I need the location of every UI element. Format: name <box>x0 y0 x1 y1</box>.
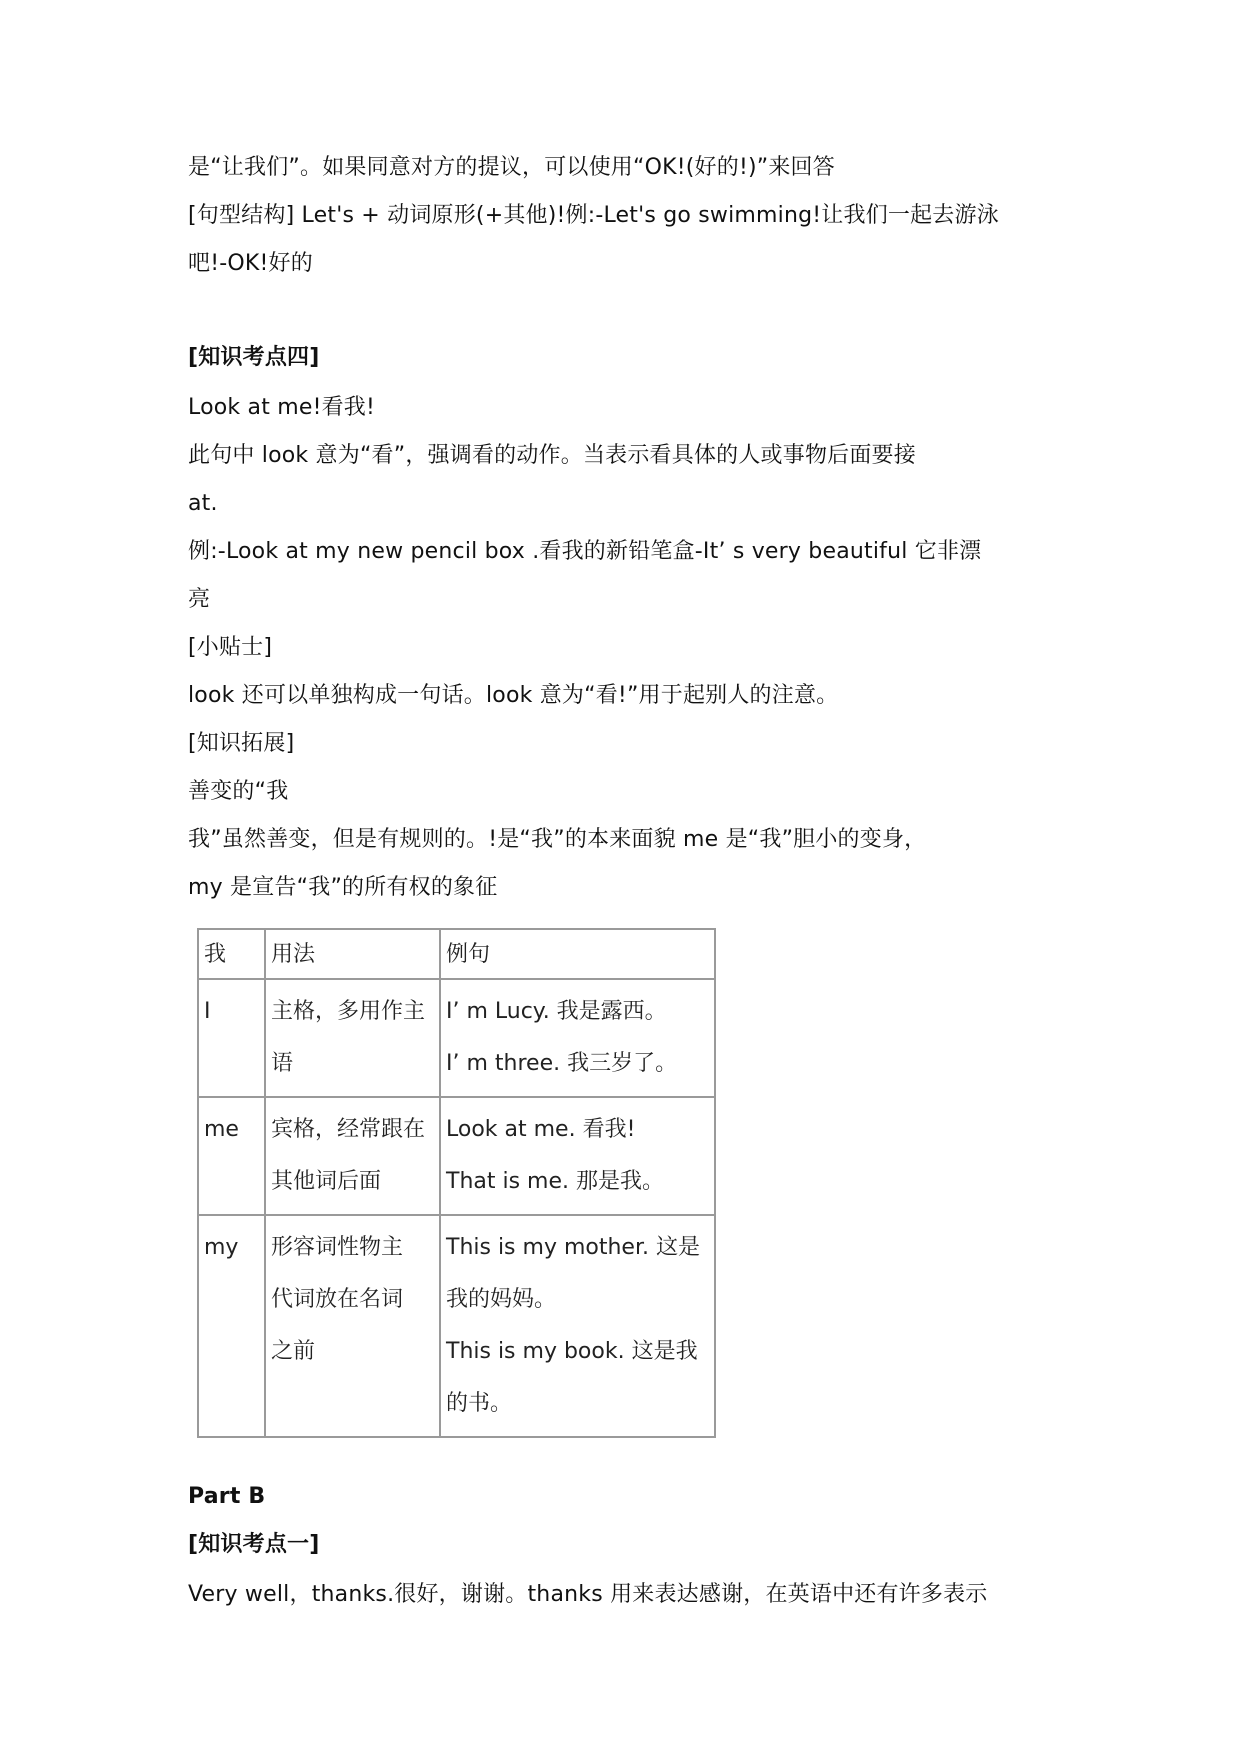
pronoun-cell: I <box>198 979 265 1097</box>
explanation-line-2: at. <box>188 489 218 519</box>
part-b-body: Very well，thanks.很好，谢谢。thanks 用来表达感谢，在英语… <box>188 1580 987 1610</box>
text-line-1: 是“让我们”。如果同意对方的提议，可以使用“OK!(好的!)”来回答 <box>188 153 835 183</box>
example-cell: I’ m Lucy. 我是露西。 I’ m three. 我三岁了。 <box>440 979 715 1097</box>
usage-line: 宾格，经常跟在 <box>271 1104 435 1156</box>
usage-cell: 主格，多用作主 语 <box>265 979 440 1097</box>
example-line: I’ m Lucy. 我是露西。 <box>446 986 710 1038</box>
header-cell-example: 例句 <box>440 929 715 979</box>
pronoun-cell: me <box>198 1097 265 1215</box>
example-line: That is me. 那是我。 <box>446 1156 710 1208</box>
example-line: This is my book. 这是我 <box>446 1326 710 1378</box>
explanation-line-1: 此句中 look 意为“看”，强调看的动作。当表示看具体的人或事物后面要接 <box>188 441 916 471</box>
pronoun-cell: my <box>198 1215 265 1437</box>
header-cell-pronoun: 我 <box>198 929 265 979</box>
example-line: This is my mother. 这是 <box>446 1222 710 1274</box>
tips-heading: [小贴士] <box>188 633 272 663</box>
part-b-title: Part B <box>188 1482 265 1512</box>
tips-text: look 还可以单独构成一句话。look 意为“看!”用于起别人的注意。 <box>188 681 838 711</box>
example-line-2: 亮 <box>188 585 210 615</box>
table-row: I 主格，多用作主 语 I’ m Lucy. 我是露西。 I’ m three.… <box>198 979 715 1097</box>
usage-line: 代词放在名词 <box>271 1274 435 1326</box>
usage-line: 之前 <box>271 1326 435 1378</box>
pronoun-table: 我 用法 例句 I 主格，多用作主 语 I’ m Lucy. 我是露西。 I’ … <box>197 928 716 1438</box>
header-cell-usage: 用法 <box>265 929 440 979</box>
usage-line: 形容词性物主 <box>271 1222 435 1274</box>
part-b-section-heading: [知识考点一] <box>188 1530 320 1560</box>
extension-text-1: 我”虽然善变，但是有规则的。!是“我”的本来面貌 me 是“我”胆小的变身， <box>188 825 926 855</box>
example-line: 我的妈妈。 <box>446 1274 710 1326</box>
extension-heading: [知识拓展] <box>188 729 294 759</box>
extension-text-2: my 是宣告“我”的所有权的象征 <box>188 873 497 903</box>
text-line-3: 吧!-OK!好的 <box>188 249 313 279</box>
example-line: Look at me. 看我! <box>446 1104 710 1156</box>
table-header-row: 我 用法 例句 <box>198 929 715 979</box>
example-line: 的书。 <box>446 1378 710 1430</box>
usage-line: 其他词后面 <box>271 1156 435 1208</box>
sentence-structure-line: [句型结构] Let's + 动词原形(+其他)!例:-Let's go swi… <box>188 201 999 231</box>
example-cell: Look at me. 看我! That is me. 那是我。 <box>440 1097 715 1215</box>
example-cell: This is my mother. 这是 我的妈妈。 This is my b… <box>440 1215 715 1437</box>
example-line: I’ m three. 我三岁了。 <box>446 1038 710 1090</box>
usage-line: 主格，多用作主 <box>271 986 435 1038</box>
table-row: my 形容词性物主 代词放在名词 之前 This is my mother. 这… <box>198 1215 715 1437</box>
extension-subtitle: 善变的“我 <box>188 777 288 807</box>
key-sentence: Look at me!看我! <box>188 393 375 423</box>
section-heading-4: [知识考点四] <box>188 343 320 373</box>
table-row: me 宾格，经常跟在 其他词后面 Look at me. 看我! That is… <box>198 1097 715 1215</box>
example-line-1: 例:-Look at my new pencil box .看我的新铅笔盒-It… <box>188 537 981 567</box>
usage-cell: 宾格，经常跟在 其他词后面 <box>265 1097 440 1215</box>
usage-cell: 形容词性物主 代词放在名词 之前 <box>265 1215 440 1437</box>
usage-line: 语 <box>271 1038 435 1090</box>
